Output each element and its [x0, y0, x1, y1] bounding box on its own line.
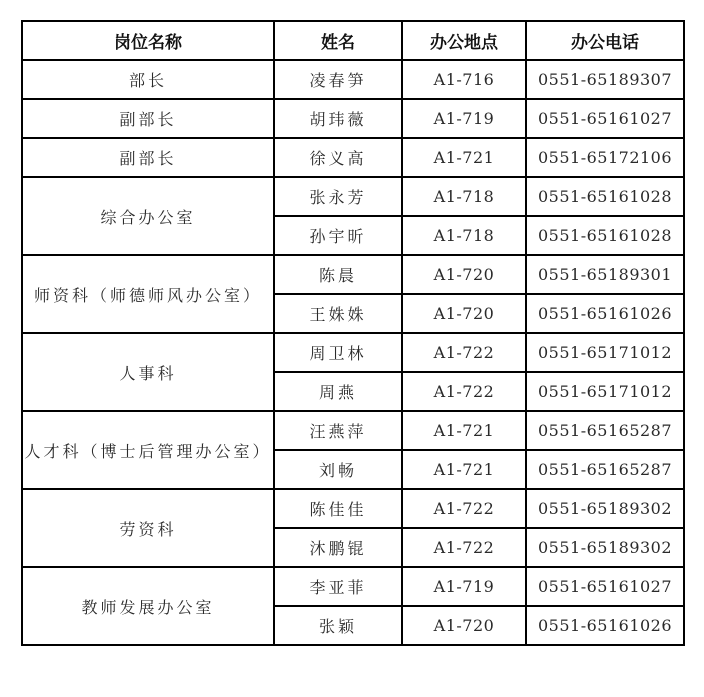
name-cell: 周卫林	[274, 333, 402, 372]
table-row: 人才科（博士后管理办公室） 汪燕萍 A1-721 0551-65165287	[22, 411, 684, 450]
name-cell: 王姝姝	[274, 294, 402, 333]
header-name: 姓名	[274, 21, 402, 60]
header-row: 岗位名称 姓名 办公地点 办公电话	[22, 21, 684, 60]
office-cell: A1-716	[402, 60, 526, 99]
phone-cell: 0551-65161028	[526, 216, 684, 255]
position-cell: 教师发展办公室	[22, 567, 274, 645]
table-row: 副部长 胡玮薇 A1-719 0551-65161027	[22, 99, 684, 138]
table-row: 综合办公室 张永芳 A1-718 0551-65161028	[22, 177, 684, 216]
header-phone: 办公电话	[526, 21, 684, 60]
phone-cell: 0551-65189302	[526, 528, 684, 567]
phone-cell: 0551-65171012	[526, 372, 684, 411]
table-row: 师资科（师德师风办公室） 陈晨 A1-720 0551-65189301	[22, 255, 684, 294]
office-cell: A1-722	[402, 489, 526, 528]
office-cell: A1-719	[402, 99, 526, 138]
phone-cell: 0551-65189301	[526, 255, 684, 294]
name-cell: 张颖	[274, 606, 402, 645]
position-cell: 人才科（博士后管理办公室）	[22, 411, 274, 489]
name-cell: 沐鹏锟	[274, 528, 402, 567]
phone-cell: 0551-65165287	[526, 450, 684, 489]
name-cell: 陈佳佳	[274, 489, 402, 528]
phone-cell: 0551-65189302	[526, 489, 684, 528]
office-cell: A1-720	[402, 606, 526, 645]
name-cell: 张永芳	[274, 177, 402, 216]
name-cell: 孙宇昕	[274, 216, 402, 255]
phone-cell: 0551-65161027	[526, 99, 684, 138]
office-cell: A1-722	[402, 528, 526, 567]
office-cell: A1-721	[402, 138, 526, 177]
office-cell: A1-719	[402, 567, 526, 606]
name-cell: 周燕	[274, 372, 402, 411]
table-row: 教师发展办公室 李亚菲 A1-719 0551-65161027	[22, 567, 684, 606]
table-row: 劳资科 陈佳佳 A1-722 0551-65189302	[22, 489, 684, 528]
phone-cell: 0551-65171012	[526, 333, 684, 372]
office-cell: A1-721	[402, 450, 526, 489]
name-cell: 汪燕萍	[274, 411, 402, 450]
table-row: 部长 凌春笋 A1-716 0551-65189307	[22, 60, 684, 99]
position-cell: 劳资科	[22, 489, 274, 567]
phone-cell: 0551-65161026	[526, 294, 684, 333]
name-cell: 陈晨	[274, 255, 402, 294]
office-cell: A1-720	[402, 294, 526, 333]
office-cell: A1-722	[402, 372, 526, 411]
contact-table: 岗位名称 姓名 办公地点 办公电话 部长 凌春笋 A1-716 0551-651…	[21, 20, 685, 646]
office-cell: A1-722	[402, 333, 526, 372]
name-cell: 凌春笋	[274, 60, 402, 99]
name-cell: 刘畅	[274, 450, 402, 489]
position-cell: 部长	[22, 60, 274, 99]
header-position: 岗位名称	[22, 21, 274, 60]
header-office: 办公地点	[402, 21, 526, 60]
table-row: 副部长 徐义高 A1-721 0551-65172106	[22, 138, 684, 177]
phone-cell: 0551-65161028	[526, 177, 684, 216]
office-cell: A1-720	[402, 255, 526, 294]
name-cell: 徐义高	[274, 138, 402, 177]
position-cell: 综合办公室	[22, 177, 274, 255]
office-cell: A1-718	[402, 216, 526, 255]
office-cell: A1-721	[402, 411, 526, 450]
table-row: 人事科 周卫林 A1-722 0551-65171012	[22, 333, 684, 372]
phone-cell: 0551-65172106	[526, 138, 684, 177]
phone-cell: 0551-65161027	[526, 567, 684, 606]
position-cell: 人事科	[22, 333, 274, 411]
office-cell: A1-718	[402, 177, 526, 216]
phone-cell: 0551-65165287	[526, 411, 684, 450]
name-cell: 李亚菲	[274, 567, 402, 606]
position-cell: 副部长	[22, 99, 274, 138]
phone-cell: 0551-65189307	[526, 60, 684, 99]
position-cell: 副部长	[22, 138, 274, 177]
position-cell: 师资科（师德师风办公室）	[22, 255, 274, 333]
name-cell: 胡玮薇	[274, 99, 402, 138]
phone-cell: 0551-65161026	[526, 606, 684, 645]
